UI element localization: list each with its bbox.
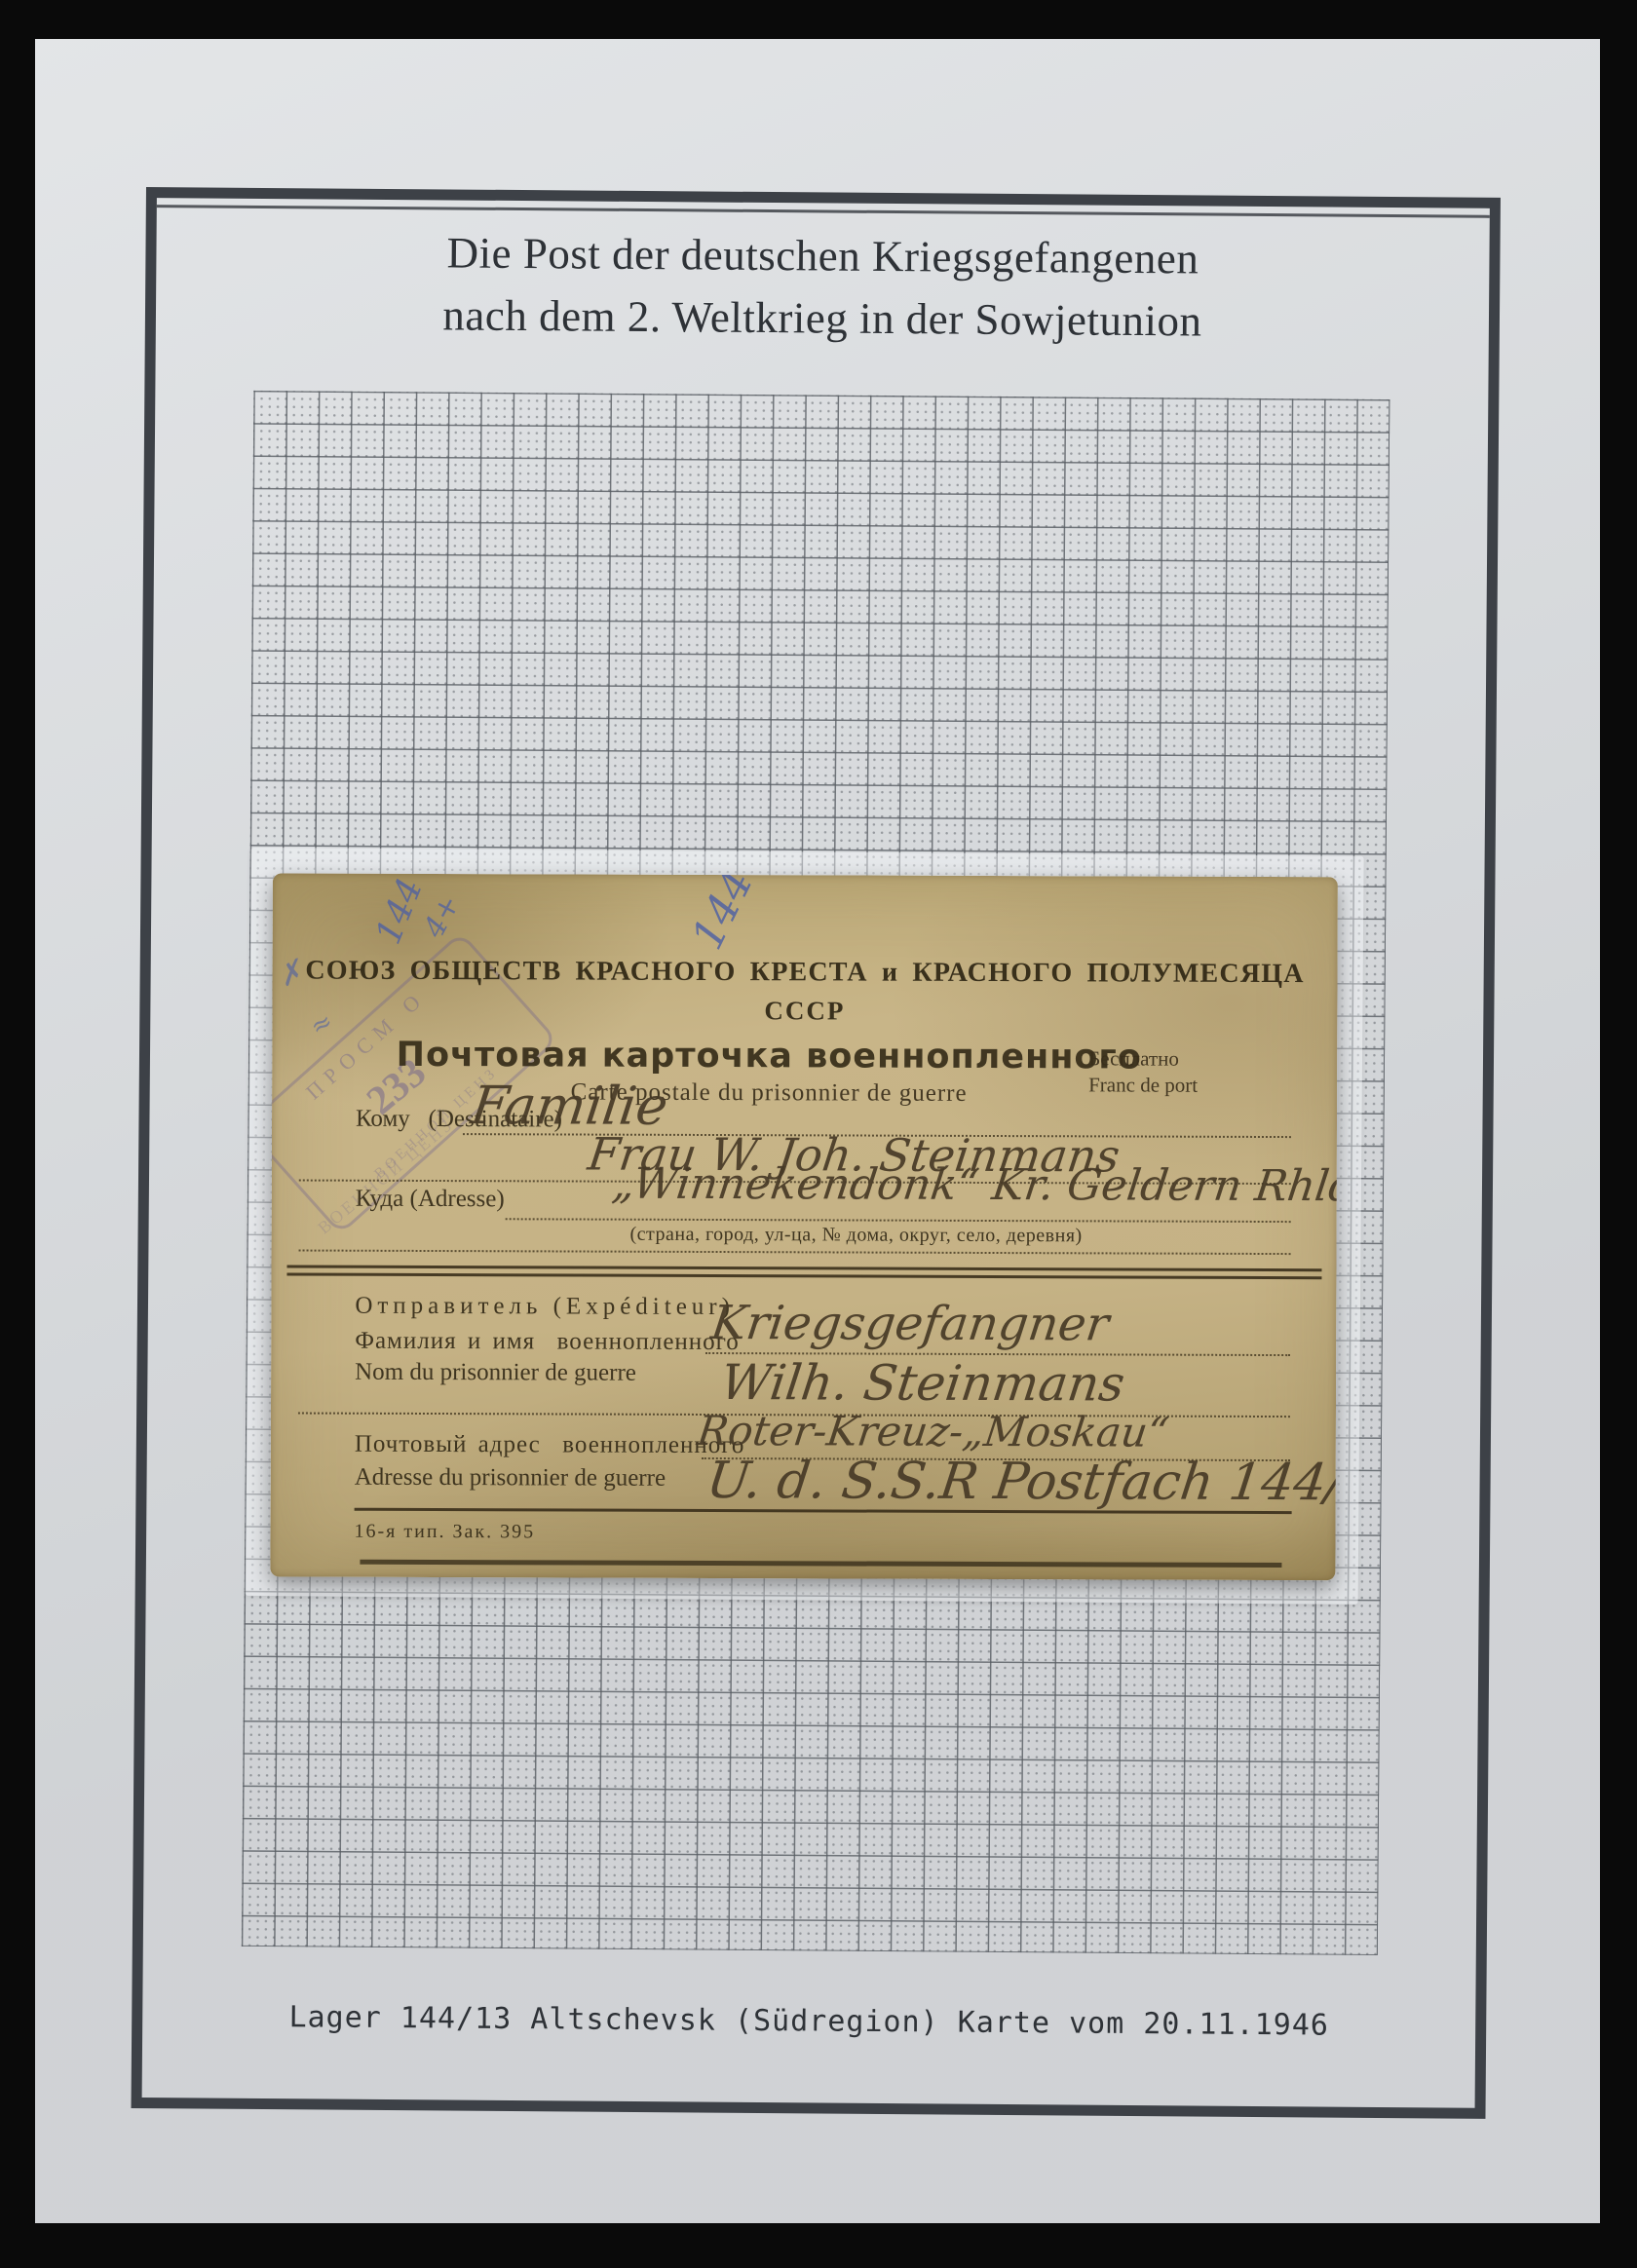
red-cross-union-header: СОЮЗ ОБЩЕСТВ КРАСНОГО КРЕСТА и КРАСНОГО …	[291, 955, 1317, 990]
title-line-1: Die Post der deutschen Kriegsgefangenen	[156, 219, 1489, 292]
sender-address-label-fr: Adresse du prisonnier de guerre	[355, 1464, 666, 1493]
sender-address-label-ru: Почтовый адрес военнопленного	[355, 1431, 745, 1459]
free-of-charge-label-ru: Бесплатно	[1088, 1045, 1198, 1072]
sender-address-value-2: U. d. S.S.R Postfach 144/13	[704, 1452, 1338, 1512]
dotted-line	[506, 1218, 1291, 1223]
address-value: „Winnekendonk“ Kr. Geldern Rhld. –	[610, 1159, 1338, 1212]
free-of-charge-block: Бесплатно Franc de port	[1088, 1045, 1198, 1098]
page-caption: Lager 144/13 Altschevsk (Südregion) Kart…	[142, 1999, 1475, 2044]
card-bottom-edge-line	[360, 1560, 1281, 1568]
page-frame: Die Post der deutschen Kriegsgefangenen …	[132, 187, 1501, 2119]
printer-imprint: 16-я тип. Зак. 395	[355, 1521, 536, 1544]
address-hint: (страна, город, ул-ца, № дома, округ, се…	[515, 1223, 1198, 1247]
ussr-header: СССР	[291, 994, 1317, 1028]
title-line-2: nach dem 2. Weltkrieg in der Sowjetunion	[156, 282, 1489, 355]
double-rule	[286, 1265, 1321, 1279]
frame-inner-rule	[157, 205, 1490, 218]
address-label: Куда (Adresse)	[356, 1186, 505, 1214]
sender-name-label-ru: Фамилия и имя военнопленного	[355, 1328, 740, 1356]
sender-name-label-fr: Nom du prisonnier de guerre	[355, 1359, 636, 1387]
sender-name-value-2: Wilh. Steinmans	[717, 1354, 1127, 1412]
sender-address-value: Roter-Kreuz-„Moskau“	[695, 1407, 1171, 1456]
pencil-mark-diagonal: 144	[682, 873, 763, 957]
pencil-mark-cluster-a: 144	[368, 873, 431, 950]
sender-section-label: Отправитель (Expéditeur)	[355, 1293, 735, 1321]
pow-postcard: 144 4+ 144 ✗ ≈ ПРОСМ О 233 ВОЕННОЙ ЦЕНЗ …	[270, 873, 1338, 1580]
dotted-line	[299, 1250, 1291, 1256]
page-title: Die Post der deutschen Kriegsgefangenen …	[156, 219, 1490, 355]
free-of-charge-label-fr: Franc de port	[1088, 1072, 1198, 1098]
photo-backdrop: { "colors": { "backdrop": "#0a0a0a", "pa…	[0, 0, 1637, 2268]
sender-name-value: Kriegsgefangner	[708, 1296, 1112, 1351]
album-page: Die Post der deutschen Kriegsgefangenen …	[35, 39, 1600, 2223]
